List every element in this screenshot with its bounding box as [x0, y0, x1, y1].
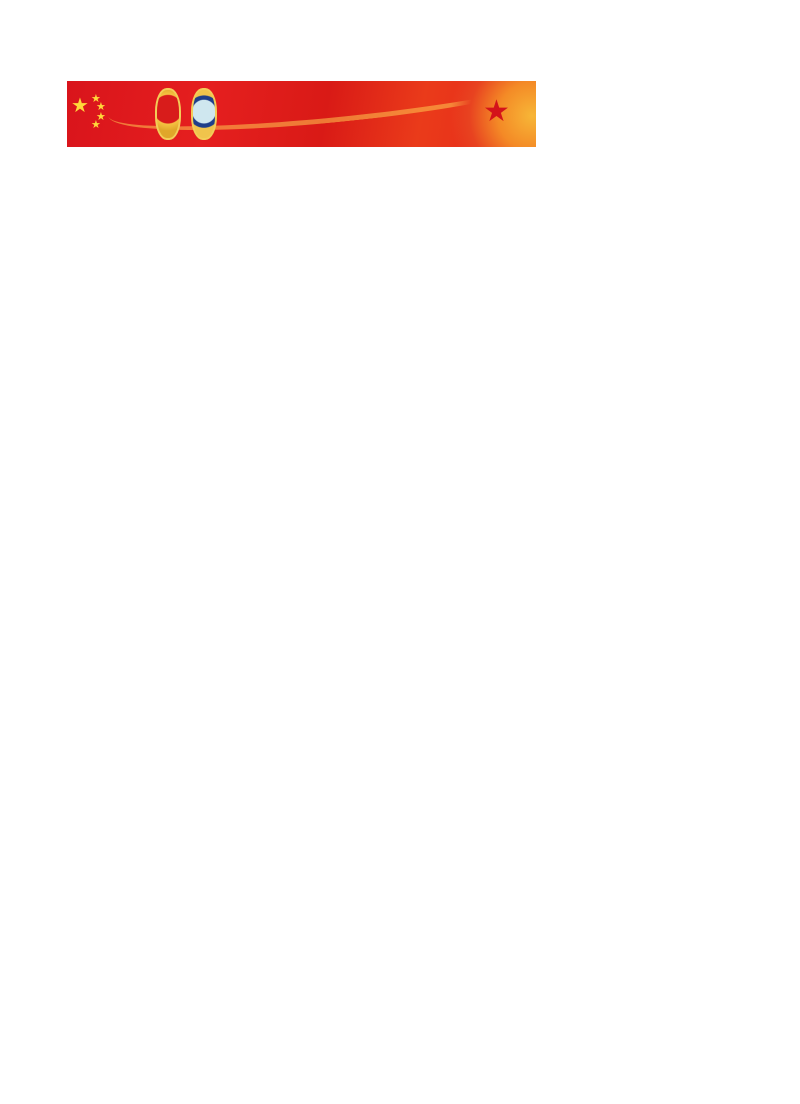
- lead-story-column-1: [120, 115, 226, 640]
- lead-story-column-2: [40, 640, 226, 922]
- newspaper-page: ★ ★★★★★: [40, 40, 762, 1104]
- main-story-column-2: [422, 236, 602, 704]
- lead-dateline-wrap: [40, 920, 226, 934]
- star-icon: ★: [483, 97, 510, 127]
- main-story-column-1: [232, 236, 416, 704]
